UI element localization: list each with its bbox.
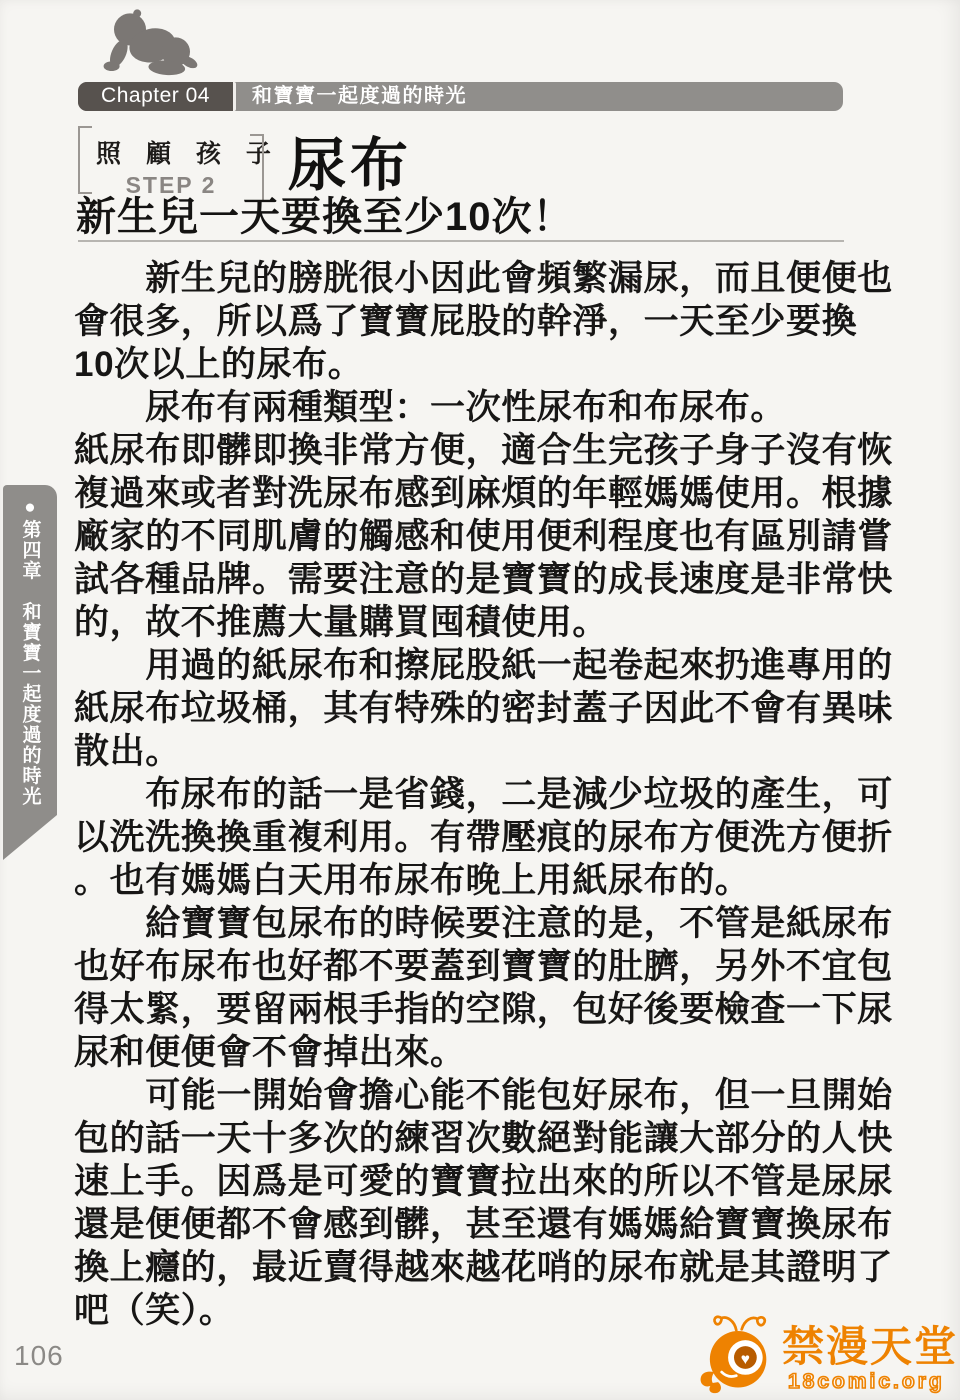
chapter-number-chip: Chapter 04 <box>78 82 236 111</box>
body-line: 可能一開始會擔心能不能包好尿布，但一旦開始 <box>74 1074 874 1117</box>
body-line: 的，故不推薦大量購買囤積使用。 <box>74 601 874 644</box>
body-line: 散出。 <box>74 730 874 773</box>
divider-rule <box>78 240 844 242</box>
body-line: 紙尿布垃圾桶，其有特殊的密封蓋子因此不會有異味 <box>74 687 874 730</box>
body-line: 用過的紙尿布和擦屁股紙一起卷起來扔進專用的 <box>74 644 874 687</box>
svg-text:♥: ♥ <box>741 1351 750 1368</box>
page-number: 106 <box>14 1340 64 1372</box>
body-line: 尿和便便會不會掉出來。 <box>74 1031 874 1074</box>
chapter-title: 和寶寶一起度過的時光 <box>252 82 467 111</box>
section-subtitle: 新生兒一天要換至少10次！ <box>76 185 574 242</box>
body-line: 也好布尿布也好都不要蓋到寶寶的肚臍，另外不宜包 <box>74 945 874 988</box>
body-line: 布尿布的話一是省錢，二是減少垃圾的產生，可 <box>74 773 874 816</box>
body-line: 廠家的不同肌膚的觸感和使用便利程度也有區別請嘗 <box>74 515 874 558</box>
body-line: 以洗洗換換重複利用。有帶壓痕的尿布方便洗方便折 <box>74 816 874 859</box>
body-text: 新生兒的膀胱很小因此會頻繁漏尿，而且便便也會很多，所以爲了寶寶屁股的幹淨，一天至… <box>74 257 874 1332</box>
body-line: 。也有媽媽白天用布尿布晚上用紙尿布的。 <box>74 859 874 902</box>
body-line: 10次以上的尿布。 <box>74 343 874 386</box>
body-line: 會很多，所以爲了寶寶屁股的幹淨，一天至少要換 <box>74 300 874 343</box>
step-care-label: 照 顧 孩 子 <box>96 134 246 170</box>
sidebar-chapter-label: ●第四章 和寶寶一起度過的時光 <box>17 497 44 807</box>
body-line: 包的話一天十多次的練習次數絕對能讓大部分的人快 <box>74 1117 874 1160</box>
body-line: 試各種品牌。需要注意的是寶寶的成長速度是非常快 <box>74 558 874 601</box>
body-line: 紙尿布即髒即換非常方便，適合生完孩子身子沒有恢 <box>74 429 874 472</box>
body-line: 換上癮的，最近賣得越來越花哨的尿布就是其證明了 <box>74 1246 874 1289</box>
sidebar-chapter-tab: ●第四章 和寶寶一起度過的時光 <box>3 485 57 860</box>
body-line: 複過來或者對洗尿布感到麻煩的年輕媽媽使用。根據 <box>74 472 874 515</box>
baby-icon <box>98 6 202 84</box>
whale-mascot-icon: ♥ <box>698 1306 780 1398</box>
body-line: 給寶寶包尿布的時候要注意的是，不管是紙尿布 <box>74 902 874 945</box>
book-page: Chapter 04 和寶寶一起度過的時光 照 顧 孩 子 STEP 2 尿布 … <box>0 0 960 1400</box>
watermark-site-domain: 18comic.org <box>788 1370 958 1394</box>
body-line: 得太緊，要留兩根手指的空隙，包好後要檢查一下尿 <box>74 988 874 1031</box>
chapter-header-bar: Chapter 04 和寶寶一起度過的時光 <box>78 82 843 111</box>
body-line: 還是便便都不會感到髒，甚至還有媽媽給寶寶換尿布 <box>74 1203 874 1246</box>
body-line: 新生兒的膀胱很小因此會頻繁漏尿，而且便便也 <box>74 257 874 300</box>
body-line: 尿布有兩種類型：一次性尿布和布尿布。 <box>74 386 874 429</box>
watermark-site-name: 禁漫天堂 <box>782 1326 958 1368</box>
body-line: 速上手。因爲是可愛的寶寶拉出來的所以不管是尿尿 <box>74 1160 874 1203</box>
watermark: ♥ 禁漫天堂 18comic.org <box>698 1306 948 1398</box>
